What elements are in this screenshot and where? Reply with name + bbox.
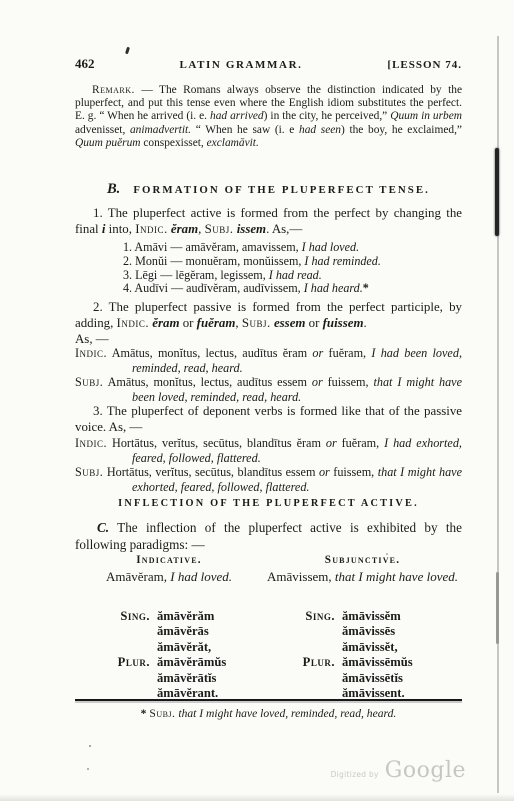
- verb-form: ămāvissĕt,: [342, 640, 398, 654]
- scan-edge-blot-gray: [496, 572, 499, 644]
- digitized-watermark: Digitized by Google: [331, 758, 466, 783]
- verb-form: ămāvissĕm: [342, 609, 401, 623]
- inflection-heading: INFLECTION OF THE PLUPERFECT ACTIVE.: [75, 498, 462, 509]
- verb-form: ămāvĕrăm: [157, 609, 214, 623]
- rule-2-paragraph: 2. The pluperfect passive is formed from…: [75, 299, 462, 348]
- deponent-subjunctive-example: Subj. Hortātus, verĭtus, secūtus, blandī…: [75, 465, 462, 494]
- subjunctive-example: Amāvissem, that I might have loved.: [263, 569, 462, 603]
- subjunctive-column: Subjunctive. Amāvissem, that I might hav…: [263, 554, 462, 701]
- example-list: 1. Amāvi — amāvĕram, amavissem, I had lo…: [123, 241, 462, 296]
- lesson-label: [LESSON 74.: [387, 59, 462, 71]
- paradigm-row: Plur.ămāvĕrāmŭs: [75, 655, 263, 670]
- verb-form: ămāvĕrātĭs: [157, 671, 216, 685]
- verb-form: ămāvĕrāmŭs: [157, 655, 226, 669]
- indicative-paradigm-table: Sing.ămāvĕrăm ămāvĕrās ămāvĕrăt, Plur.ăm…: [75, 609, 263, 701]
- passive-subjunctive-example: Subj. Amātus, monĭtus, lectus, audītus e…: [75, 375, 462, 404]
- paradigm-row: ămāvissĕt,: [263, 640, 462, 655]
- example-item-1: 1. Amāvi — amāvĕram, amavissem, I had lo…: [123, 241, 462, 255]
- subjunctive-paradigm-table: Sing.ămāvissĕm ămāvissēs ămāvissĕt, Plur…: [263, 609, 462, 701]
- footnote: * Subj. that I might have loved, reminde…: [75, 707, 462, 721]
- remark-paragraph: Remark. — The Romans always observe the …: [75, 84, 462, 150]
- plural-label: Plur.: [106, 655, 150, 670]
- verb-form: ămāvissent.: [342, 686, 405, 700]
- scan-speck: [125, 47, 130, 55]
- scan-speck: [87, 768, 89, 770]
- paradigm-row: Plur.ămāvissēmŭs: [263, 655, 462, 670]
- page-number: 462: [75, 56, 95, 72]
- indicative-example: Amāvĕram, I had loved.: [75, 569, 263, 603]
- verb-form: ămāvĕrăt,: [157, 640, 211, 654]
- footnote-rule: [75, 699, 462, 701]
- scan-speck: [89, 745, 91, 747]
- book-page: 462 LATIN GRAMMAR. [LESSON 74. Remark. —…: [0, 0, 514, 801]
- paradigm-row: Sing.ămāvissĕm: [263, 609, 462, 624]
- passive-indicative-example: Indic. Amātus, monĭtus, lectus, audītus …: [75, 346, 462, 375]
- scan-edge-blot-dark: [495, 148, 499, 236]
- verb-form: ămāvissēmŭs: [342, 655, 413, 669]
- verb-form: ămāvissēs: [342, 624, 395, 638]
- paradigm-row: Sing.ămāvĕrăm: [75, 609, 263, 624]
- example-item-4: 4. Audīvi — audīvĕram, audīvissem, I had…: [123, 282, 462, 296]
- paradigm-row: ămāvĕrăt,: [75, 640, 263, 655]
- paradigm-row: ămāvissētĭs: [263, 671, 462, 686]
- section-b-title: FORMATION OF THE PLUPERFECT TENSE.: [133, 184, 430, 196]
- paradigm-row: ămāvissēs: [263, 624, 462, 639]
- paradigm-row: ămāvĕrātĭs: [75, 671, 263, 686]
- subjunctive-column-header: Subjunctive.: [263, 554, 462, 566]
- plural-label: Plur.: [291, 655, 335, 670]
- example-item-2: 2. Monŭi — monuĕram, monŭissem, I had re…: [123, 255, 462, 269]
- digitized-by-text: Digitized by: [331, 770, 379, 779]
- paradigm-row: ămāvĕrās: [75, 624, 263, 639]
- verb-form: ămāvĕrant.: [157, 686, 218, 700]
- indicative-column-header: Indicative.: [75, 554, 263, 566]
- singular-label: Sing.: [291, 609, 335, 624]
- rule-1-paragraph: 1. The pluperfect active is formed from …: [75, 205, 462, 237]
- verb-form: ămāvissētĭs: [342, 671, 403, 685]
- example-item-3: 3. Lēgi — lēgĕram, legissem, I had read.: [123, 269, 462, 283]
- singular-label: Sing.: [106, 609, 150, 624]
- running-title: LATIN GRAMMAR.: [179, 59, 302, 71]
- indicative-column: Indicative. Amāvĕram, I had loved. Sing.…: [75, 554, 263, 701]
- page-bottom-shadow: [0, 794, 514, 801]
- verb-form: ămāvĕrās: [157, 624, 209, 638]
- rule-3-paragraph: 3. The pluperfect of deponent verbs is f…: [75, 403, 462, 435]
- section-c-paragraph: C. The inflection of the pluperfect acti…: [75, 519, 462, 553]
- google-logo: Google: [385, 758, 466, 783]
- section-b-letter: B.: [107, 181, 120, 197]
- deponent-indicative-example: Indic. Hortātus, verĭtus, secūtus, bland…: [75, 436, 462, 465]
- page-header: 462 LATIN GRAMMAR. [LESSON 74.: [75, 56, 462, 72]
- section-b-heading: B.FORMATION OF THE PLUPERFECT TENSE.: [75, 181, 462, 198]
- paradigm-columns: Indicative. Amāvĕram, I had loved. Sing.…: [75, 554, 462, 701]
